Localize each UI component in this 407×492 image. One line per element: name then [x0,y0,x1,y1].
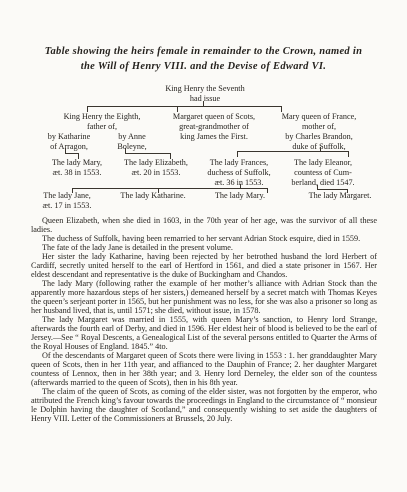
tree-node-lady-frances: The lady Frances, duchess of Suffolk, æt… [193,158,285,188]
tree-node-mary-queen-of-france: Mary queen of France, mother of, by Char… [259,112,379,152]
tree-node-lady-mary-grey: The lady Mary. [195,191,285,201]
tree-node-lady-mary: The lady Mary, æt. 38 in 1553. [37,158,117,178]
tree-node-name: The lady Mary. [195,191,285,201]
paragraph-descendants-of-margaret: Of the descendants of Margaret queen of … [31,351,377,387]
tree-node-note: æt. 20 in 1553. [111,168,201,178]
tree-node-king-henry-vii: King Henry the Seventh had issue [105,84,305,104]
tree-connector [348,151,349,157]
tree-node-lady-jane: The lady Jane, æt. 17 in 1553. [30,191,104,211]
tree-node-note: Boleyne, [97,142,167,152]
tree-node-lady-eleanor: The lady Eleanor, countess of Cum- berla… [277,158,369,188]
tree-node-note: æt. 38 in 1553. [37,168,117,178]
tree-node-lady-margaret: The lady Margaret. [295,191,385,201]
tree-node-lady-elizabeth: The lady Elizabeth, æt. 20 in 1553. [111,158,201,178]
tree-node-lady-katharine: The lady Katharine. [108,191,198,201]
tree-connector [65,153,79,154]
paragraph-lady-jane: The fate of the lady Jane is detailed in… [31,243,377,252]
tree-node-note: king James the First. [154,132,274,142]
tree-connector [125,153,171,154]
scanned-book-page: Table showing the heirs female in remain… [0,0,407,492]
tree-connector [317,189,348,190]
tree-node-note: æt. 17 in 1553. [30,201,104,211]
tree-node-katharine-of-arragon: by Katharine of Arragon, [34,132,104,152]
tree-node-name: by Anne [97,132,167,142]
tree-node-name: The lady Katharine. [108,191,198,201]
paragraph-duchess-of-suffolk: The duchess of Suffolk, having been rema… [31,234,377,243]
tree-node-name: The lady Margaret. [295,191,385,201]
table-title-line1: Table showing the heirs female in remain… [0,44,407,59]
tree-node-note: by Charles Brandon, [259,132,379,142]
tree-connector [72,188,268,189]
tree-node-anne-boleyne: by Anne Boleyne, [97,132,167,152]
tree-node-name: The lady Elizabeth, [111,158,201,168]
tree-node-note: father of, [30,122,174,132]
tree-node-note: æt. 36 in 1553. [193,178,285,188]
tree-node-name: King Henry the Eighth, [30,112,174,122]
tree-node-note: had issue [105,94,305,104]
table-title: Table showing the heirs female in remain… [0,44,407,74]
paragraph-queen-elizabeth: Queen Elizabeth, when she died in 1603, … [31,216,377,234]
tree-node-note: great-grandmother of [154,122,274,132]
body-text: Queen Elizabeth, when she died in 1603, … [31,216,377,423]
tree-node-note: duchess of Suffolk, [193,168,285,178]
tree-node-name: Margaret queen of Scots, [154,112,274,122]
tree-node-king-henry-viii: King Henry the Eighth, father of, [30,112,174,132]
tree-node-name: The lady Jane, [30,191,104,201]
paragraph-lady-mary: The lady Mary (following rather the exam… [31,279,377,315]
tree-connector [237,151,238,157]
tree-connector [87,106,282,107]
tree-node-name: The lady Mary, [37,158,117,168]
tree-connector [237,151,349,152]
paragraph-lady-katharine: Her sister the lady Katharine, having be… [31,252,377,279]
tree-node-note: mother of, [259,122,379,132]
tree-node-name: Mary queen of France, [259,112,379,122]
tree-node-name: The lady Frances, [193,158,285,168]
tree-node-note: of Arragon, [34,142,104,152]
tree-node-note: berland, died 1547. [277,178,369,188]
tree-node-name: by Katharine [34,132,104,142]
table-title-line2: the Will of Henry VIII. and the Devise o… [0,59,407,74]
paragraph-claim-of-queen-of-scots: The claim of the queen of Scots, as comi… [31,387,377,423]
tree-node-name: King Henry the Seventh [105,84,305,94]
paragraph-lady-margaret: The lady Margaret was married in 1555, w… [31,315,377,351]
tree-node-margaret-queen-of-scots: Margaret queen of Scots, great-grandmoth… [154,112,274,142]
tree-node-note: countess of Cum- [277,168,369,178]
tree-node-name: The lady Eleanor, [277,158,369,168]
